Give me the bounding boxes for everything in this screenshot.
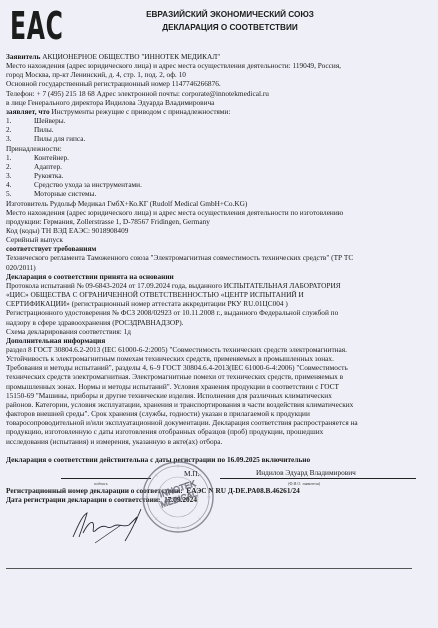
declares-label: заявляет, что bbox=[6, 107, 50, 116]
accessories-label: Принадлежности: bbox=[6, 144, 426, 153]
bottom-divider bbox=[6, 568, 412, 569]
applicant-name: АКЦИОНЕРНОЕ ОБЩЕСТВО "ИННОТЕК МЕДИКАЛ" bbox=[42, 52, 220, 61]
manufacturer-address-1: Место нахождения (адрес юридического лиц… bbox=[6, 208, 426, 217]
registration-number: ЕАЭС N RU Д-DE.PA08.B.46261/24 bbox=[186, 486, 299, 495]
handwritten-signature-icon bbox=[65, 503, 155, 547]
additional-info-line: факторов внешней среды". Срок хранения (… bbox=[6, 409, 426, 418]
signature-row: подпись М.П. Индилов Эдуард Владимирович… bbox=[6, 464, 426, 486]
product-item: 1.Шейверы. bbox=[6, 116, 426, 125]
requirements-line-1: Технического регламента Таможенного союз… bbox=[6, 253, 426, 262]
applicant-line: Заявитель АКЦИОНЕРНОЕ ОБЩЕСТВО "ИННОТЕК … bbox=[6, 52, 426, 61]
additional-info-line: Требования и методы испытаний", разделы … bbox=[6, 363, 426, 372]
additional-info-line: раздел 8 ГОСТ 30804.6.2-2013 (IEC 61000-… bbox=[6, 345, 426, 354]
additional-info-line: Устойчивость к электромагнитным помехам … bbox=[6, 354, 426, 363]
additional-info-line: районов. Категории, условия эксплуатации… bbox=[6, 400, 426, 409]
applicant-address-1: Место нахождения (адрес юридического лиц… bbox=[6, 61, 426, 70]
registration-date-line: Дата регистрации декларации о соответств… bbox=[6, 495, 426, 504]
header-union-title: ЕВРАЗИЙСКИЙ ЭКОНОМИЧЕСКИЙ СОЮЗ bbox=[100, 8, 360, 21]
additional-info-line: товаросопроводительной и/или эксплуатаци… bbox=[6, 418, 426, 427]
validity-statement: Декларация о соответствии действительна … bbox=[6, 455, 426, 464]
requirements-label: соответствует требованиям bbox=[6, 244, 426, 253]
registration-number-line: Регистрационный номер декларации о соотв… bbox=[6, 486, 426, 495]
registration-date-label: Дата регистрации декларации о соответств… bbox=[6, 495, 160, 504]
basis-line: СЕРТИФИКАЦИИ» (регистрационный номер атт… bbox=[6, 299, 426, 308]
registration-date: 17.09.2024 bbox=[164, 495, 197, 504]
applicant-label: Заявитель bbox=[6, 52, 40, 61]
declaration-document: ЕАС ЕВРАЗИЙСКИЙ ЭКОНОМИЧЕСКИЙ СОЮЗ ДЕКЛА… bbox=[0, 0, 438, 628]
header-document-title: ДЕКЛАРАЦИЯ О СООТВЕТСТВИИ bbox=[100, 21, 360, 34]
manufacturer-address-2: продукции: Германия, Zollerstrasse 1, D-… bbox=[6, 217, 426, 226]
signer-name: Индилов Эдуард Владимирович bbox=[256, 468, 356, 477]
basis-line: Схема декларирования соответствия: 1д bbox=[6, 327, 426, 336]
signer-name-caption: (Ф.И.О. заявителя) bbox=[288, 479, 320, 488]
declares-product: Инструменты режущие с приводом с принадл… bbox=[51, 107, 230, 116]
additional-info-label: Дополнительная информация bbox=[6, 336, 426, 345]
additional-info-line: исследования (испытания) и измерения, ук… bbox=[6, 437, 426, 446]
applicant-contacts: Телефон: + 7 (495) 215 18 68 Адрес элект… bbox=[6, 89, 426, 98]
applicant-ogrn: Основной государственный регистрационный… bbox=[6, 79, 426, 88]
document-body: Заявитель АКЦИОНЕРНОЕ ОБЩЕСТВО "ИННОТЕК … bbox=[6, 52, 426, 504]
accessory-item: 2.Адаптер. bbox=[6, 162, 426, 171]
production-type: Серийный выпуск bbox=[6, 235, 426, 244]
accessory-item: 5.Моторные системы. bbox=[6, 189, 426, 198]
additional-info-line: промышленных зонах. Нормы и методы испыт… bbox=[6, 382, 426, 391]
accessory-item: 4.Средство ухода за инструментами. bbox=[6, 180, 426, 189]
tn-ved-code: Код (коды) ТН ВЭД ЕАЭС: 9018908409 bbox=[6, 226, 426, 235]
seal-place-label: М.П. bbox=[184, 469, 199, 478]
basis-line: «ЦИС» ОБЩЕСТВА С ОГРАНИЧЕННОЙ ОТВЕТСТВЕН… bbox=[6, 290, 426, 299]
basis-line: Регистрационного удостоверения № ФСЗ 200… bbox=[6, 308, 426, 317]
additional-info-line: технических средств электромагнитная. Эл… bbox=[6, 372, 426, 381]
declares-line: заявляет, что Инструменты режущие с прив… bbox=[6, 107, 426, 116]
document-header: ЕВРАЗИЙСКИЙ ЭКОНОМИЧЕСКИЙ СОЮЗ ДЕКЛАРАЦИ… bbox=[100, 8, 360, 34]
accessory-item: 3.Рукоятка. bbox=[6, 171, 426, 180]
product-item: 3.Пилы для гипса. bbox=[6, 134, 426, 143]
accessory-item: 1.Контейнер. bbox=[6, 153, 426, 162]
basis-label: Декларация о соответствии принята на осн… bbox=[6, 272, 426, 281]
basis-line: Протокола испытаний № 09-6843-2024 от 17… bbox=[6, 281, 426, 290]
signature-caption: подпись bbox=[94, 479, 108, 488]
basis-line: надзору в сфере здравоохранения (РОСЗДРА… bbox=[6, 318, 426, 327]
applicant-address-2: город Москва, пр-кт Ленинский, д. 4, стр… bbox=[6, 70, 426, 79]
additional-info-line: 15150-69 "Машины, приборы и другие техни… bbox=[6, 391, 426, 400]
eac-logo: ЕАС bbox=[10, 6, 63, 46]
additional-info-line: продукцию, изготовленную с даты изготовл… bbox=[6, 427, 426, 436]
manufacturer-line: Изготовитель Рудольф Медикал ГмбХ+Ко.КГ … bbox=[6, 199, 426, 208]
requirements-line-2: 020/2011) bbox=[6, 263, 426, 272]
applicant-represented-by: в лице Генерального директора Индилова Э… bbox=[6, 98, 426, 107]
product-item: 2.Пилы. bbox=[6, 125, 426, 134]
